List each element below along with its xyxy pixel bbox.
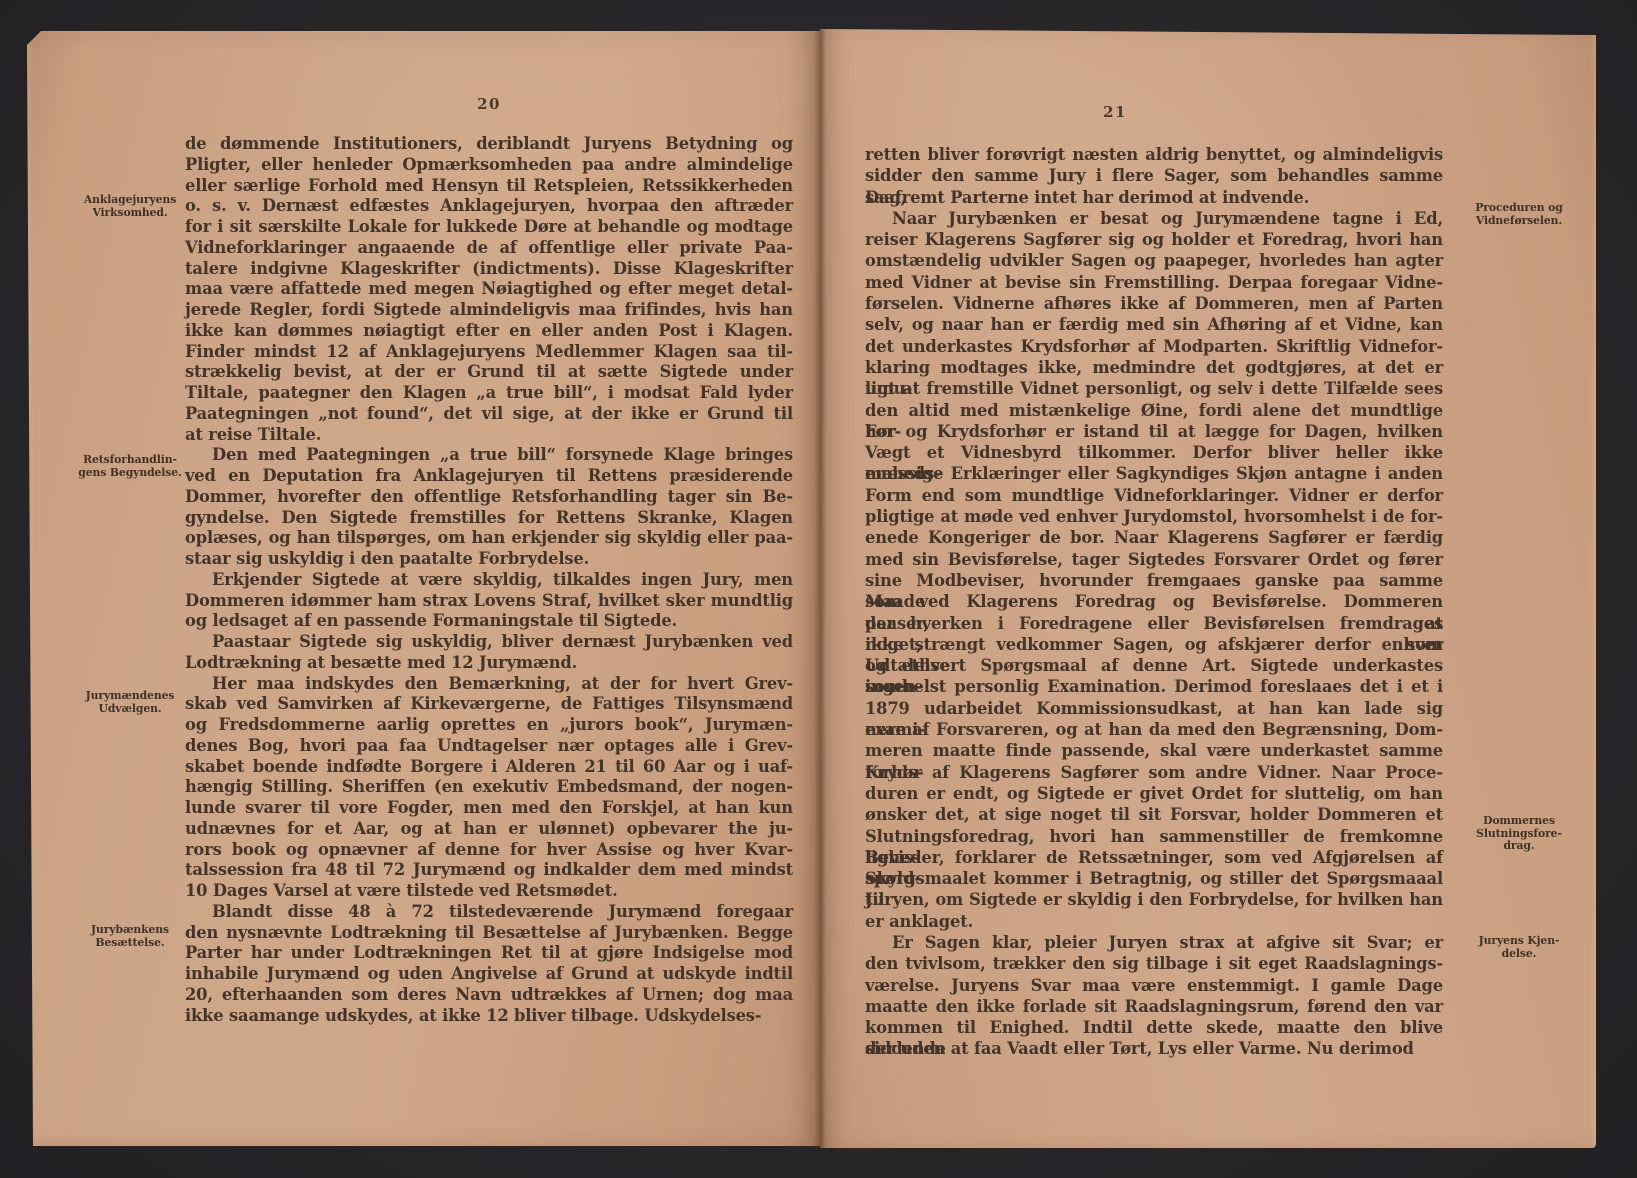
photograph-of-open-book: { "colors":{"background":"#29282b","pape…: [0, 0, 1637, 1178]
text-line: forhør af Klagerens Sagfører som andre V…: [865, 762, 1443, 783]
text-line: Blandt disse 48 à 72 tilstedeværende Jur…: [185, 902, 793, 923]
text-line: Finder mindst 12 af Anklagejuryens Medle…: [185, 342, 793, 363]
text-line: talssession fra 48 til 72 Jurymænd og in…: [185, 860, 793, 881]
text-line: Erkjender Sigtede at være skyldig, tilka…: [185, 570, 793, 591]
text-line: inhabile Jurymænd og uden Angivelse af G…: [185, 964, 793, 985]
text-line: 20, efterhaanden som deres Navn udtrække…: [185, 985, 793, 1006]
text-line: maa være affattede med megen Nøiagtighed…: [185, 279, 793, 300]
text-line: sidder den samme Jury i flere Sager, som…: [865, 165, 1443, 186]
text-line: Tiltale, paategner den Klagen „a true bi…: [185, 383, 793, 404]
text-line: den altid med mistænkelige Øine, fordi a…: [865, 400, 1443, 421]
margin-note-line: Virksomhed.: [71, 207, 189, 220]
text-line: Vidneforklaringer angaaende de af offent…: [185, 238, 793, 259]
text-line: enede Kongeriger de bor. Naar Klagerens …: [865, 527, 1443, 548]
text-line: ikke strængt vedkommer Sagen, og afskjær…: [865, 634, 1443, 655]
text-line: pligtige at møde ved enhver Jurydomstol,…: [865, 506, 1443, 527]
text-line: og ledsaget af en passende Formaningstal…: [185, 611, 793, 632]
text-line: Den med Paategningen „a true bill“ forsy…: [185, 445, 793, 466]
text-line: hør og Krydsforhør er istand til at lægg…: [865, 421, 1443, 442]
text-line: der uden at faa Vaadt eller Tørt, Lys el…: [865, 1038, 1443, 1059]
text-line: ligt at fremstille Vidnet personligt, og…: [865, 378, 1443, 399]
text-line: Parter har under Lodtrækningen Ret til a…: [185, 943, 793, 964]
text-line: ved en Deputation fra Anklagejuryen til …: [185, 466, 793, 487]
text-line: klaring modtages ikke, medmindre det god…: [865, 357, 1443, 378]
text-line: strækkelig bevist, at der er Grund til a…: [185, 362, 793, 383]
margin-note-line: Vidneførselen.: [1448, 215, 1590, 228]
margin-note-line: Besættelse.: [71, 937, 189, 950]
text-line: meren maatte finde passende, skal være u…: [865, 740, 1443, 761]
text-line: eller særlige Forhold med Hensyn til Ret…: [185, 176, 793, 197]
margin-note-line: Juryens Kjen-: [1448, 935, 1590, 948]
text-line: kommen til Enighed. Indtil dette skede, …: [865, 1017, 1443, 1038]
text-line: førselen. Vidnerne afhøres ikke af Domme…: [865, 293, 1443, 314]
text-line: reiser Klagerens Sagfører sig og holder …: [865, 229, 1443, 250]
text-line: udnævnes for et Aar, og at han er ulønne…: [185, 819, 793, 840]
text-line: mæssige Erklæringer eller Sagkyndiges Sk…: [865, 463, 1443, 484]
text-line: 1879 udarbeidet Kommissionsudkast, at ha…: [865, 698, 1443, 719]
margin-note: Retsforhandlin-gens Begyndelse.: [71, 454, 189, 479]
text-line: gyndelse. Den Sigtede fremstilles for Re…: [185, 508, 793, 529]
text-line: rors book og opnævner af denne for hver …: [185, 840, 793, 861]
text-line: Her maa indskydes den Bemærkning, at der…: [185, 674, 793, 695]
text-line: nere af Forsvareren, og at han da med de…: [865, 719, 1443, 740]
text-line: værelse. Juryens Svar maa være enstemmig…: [865, 975, 1443, 996]
text-line: omstændelig udvikler Sagen og paapeger, …: [865, 250, 1443, 271]
body-text-right: retten bliver forøvrigt næsten aldrig be…: [865, 144, 1443, 1060]
text-line: oplæses, og han tilspørges, om han erkje…: [185, 528, 793, 549]
text-line: det underkastes Krydsforhør af Modparten…: [865, 336, 1443, 357]
margin-note: JurymændenesUdvælgen.: [71, 690, 189, 715]
text-line: at reise Tiltale.: [185, 425, 793, 446]
left-page: 20 AnklagejuryensVirksomhed. Retsforhand…: [27, 31, 820, 1146]
margin-note-line: delse.: [1448, 948, 1590, 961]
text-line: skab ved Samvirken af Kirkeværgerne, de …: [185, 694, 793, 715]
text-line: den tvivlsom, trækker den sig tilbage i …: [865, 953, 1443, 974]
margin-note-line: Udvælgen.: [71, 703, 189, 716]
text-line: Paastaar Sigtede sig uskyldig, bliver de…: [185, 632, 793, 653]
text-line: ønsker det, at sige noget til sit Forsva…: [865, 804, 1443, 825]
text-line: sine Modbeviser, hvorunder fremgaaes gan…: [865, 570, 1443, 591]
margin-note: Juryens Kjen-delse.: [1448, 935, 1590, 960]
body-text-left: de dømmende Institutioners, deriblandt J…: [185, 134, 793, 1026]
text-line: med sin Bevisførelse, tager Sigtedes For…: [865, 549, 1443, 570]
margin-note-line: Dommernes: [1448, 815, 1590, 828]
margin-note-line: drag.: [1448, 840, 1590, 853]
text-line: o. s. v. Dernæst edfæstes Anklagejuryen,…: [185, 196, 793, 217]
text-line: ikke saamange udskydes, at ikke 12 blive…: [185, 1006, 793, 1027]
text-line: Naar Jurybænken er besat og Jurymændene …: [865, 208, 1443, 229]
margin-note: DommernesSlutningsfore-drag.: [1448, 815, 1590, 853]
text-line: 10 Dages Varsel at være tilstede ved Ret…: [185, 881, 793, 902]
margin-note: JurybænkensBesættelse.: [71, 924, 189, 949]
text-line: og Fredsdommerne aarlig oprettes en „jur…: [185, 715, 793, 736]
text-line: Form end som mundtlige Vidneforklaringer…: [865, 485, 1443, 506]
text-line: der hverken i Foredragene eller Bevisfør…: [865, 613, 1443, 634]
text-line: Dommer, hvorefter den offentlige Retsfor…: [185, 487, 793, 508]
page-number-left: 20: [185, 95, 793, 113]
margin-note-line: Proceduren og: [1448, 202, 1590, 215]
margin-note-line: gens Begyndelse.: [71, 467, 189, 480]
text-line: saafremt Parterne intet har derimod at i…: [865, 187, 1443, 208]
margin-note-line: Anklagejuryens: [71, 194, 189, 207]
margin-note: Proceduren ogVidneførselen.: [1448, 202, 1590, 227]
margin-note-line: Jurybænkens: [71, 924, 189, 937]
text-line: er anklaget.: [865, 911, 1443, 932]
text-line: Dommeren idømmer ham strax Lovens Straf,…: [185, 591, 793, 612]
book-gutter-shadow: [814, 29, 826, 1148]
text-line: Lodtrækning at besætte med 12 Jurymænd.: [185, 653, 793, 674]
margin-note: AnklagejuryensVirksomhed.: [71, 194, 189, 219]
text-line: Slutningsforedrag, hvori han sammenstill…: [865, 826, 1443, 847]
text-line: hængig Stilling. Sheriffen (en exekutiv …: [185, 777, 793, 798]
text-line: retten bliver forøvrigt næsten aldrig be…: [865, 144, 1443, 165]
text-line: den nysnævnte Lodtrækning til Besættelse…: [185, 923, 793, 944]
margin-note-line: Retsforhandlin-: [71, 454, 189, 467]
page-number-right: 21: [865, 103, 1365, 121]
text-line: som ved Klagerens Foredrag og Bevisførel…: [865, 591, 1443, 612]
text-line: denes Bog, hvori paa faa Undtagelser nær…: [185, 736, 793, 757]
text-line: ikke kan dømmes nøiagtigt efter en eller…: [185, 321, 793, 342]
text-line: staar sig uskyldig i den paatalte Forbry…: [185, 549, 793, 570]
text-line: selv, og naar han er færdig med sin Afhø…: [865, 314, 1443, 335]
text-line: de dømmende Institutioners, deriblandt J…: [185, 134, 793, 155]
text-line: Pligter, eller henleder Opmærksomheden p…: [185, 155, 793, 176]
margin-note-line: Jurymændenes: [71, 690, 189, 703]
text-line: spørgsmaalet kommer i Betragtnig, og sti…: [865, 868, 1443, 889]
text-line: duren er endt, og Sigtede er givet Ordet…: [865, 783, 1443, 804]
text-line: og ethvert Spørgsmaal af denne Art. Sigt…: [865, 655, 1443, 676]
text-line: skabet boende indfødte Borgere i Alderen…: [185, 757, 793, 778]
text-line: Er Sagen klar, pleier Juryen strax at af…: [865, 932, 1443, 953]
text-line: Juryen, om Sigtede er skyldig i den Forb…: [865, 889, 1443, 910]
text-line: Paategningen „not found“, det vil sige, …: [185, 404, 793, 425]
text-line: Vægt et Vidnesbyrd tilkommer. Derfor bli…: [865, 442, 1443, 463]
text-line: maatte den ikke forlade sit Raadslagning…: [865, 996, 1443, 1017]
text-line: talere indgivne Klageskrifter (indictmen…: [185, 259, 793, 280]
text-line: jerede Regler, fordi Sigtede almindeligv…: [185, 300, 793, 321]
right-page: 21 Proceduren ogVidneførselen. Dommernes…: [820, 29, 1596, 1148]
text-line: for i sit særskilte Lokale for lukkede D…: [185, 217, 793, 238]
text-line: med Vidner at bevise sin Fremstilling. D…: [865, 272, 1443, 293]
text-line: ligheder, forklarer de Retssætninger, so…: [865, 847, 1443, 868]
text-line: lunde svarer til vore Fogder, men med de…: [185, 798, 793, 819]
text-line: somhelst personlig Examination. Derimod …: [865, 676, 1443, 697]
